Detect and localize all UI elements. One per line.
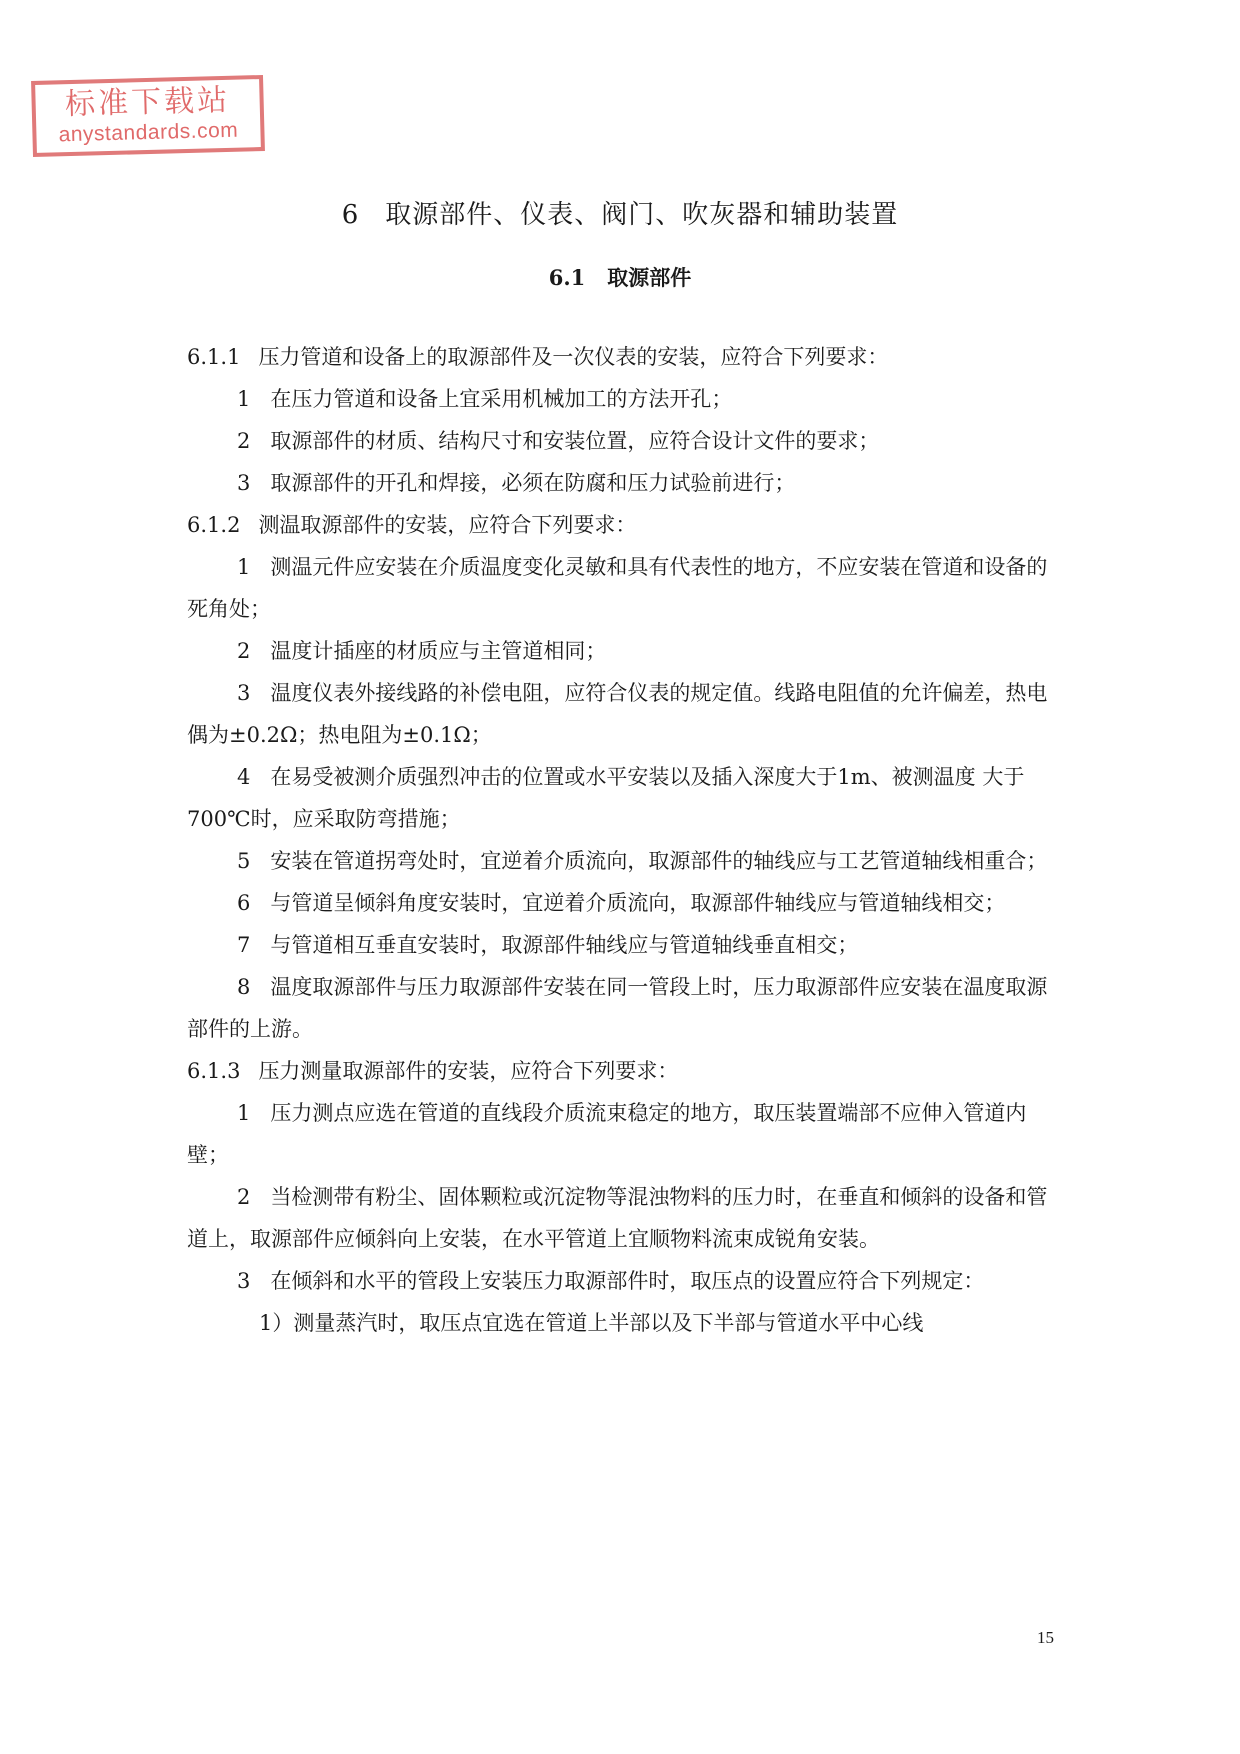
clause-number: 6.1.3 <box>187 1059 240 1083</box>
clause-text: 测温取源部件的安装，应符合下列要求： <box>258 513 636 537</box>
list-item: 2取源部件的材质、结构尺寸和安装位置，应符合设计文件的要求； <box>187 420 1057 462</box>
item-number: 4 <box>237 765 250 789</box>
list-item: 7与管道相互垂直安装时，取源部件轴线应与管道轴线垂直相交； <box>187 924 1057 966</box>
item-text: 取源部件的开孔和焊接，必须在防腐和压力试验前进行； <box>270 471 795 495</box>
section-number: 6.1 <box>549 265 586 290</box>
item-text: 测温元件应安装在介质温度变化灵敏和具有代表性的地方，不应安装在管道和设备的死角处… <box>187 555 1047 621</box>
item-number: 8 <box>237 975 250 999</box>
document-body: 6.1.1压力管道和设备上的取源部件及一次仪表的安装，应符合下列要求： 1在压力… <box>187 336 1057 1344</box>
sub-list-item: 1）测量蒸汽时，取压点宜选在管道上半部以及下半部与管道水平中心线 <box>187 1302 1057 1344</box>
item-number: 1 <box>237 555 250 579</box>
chapter-number: 6 <box>342 200 360 230</box>
list-item: 1在压力管道和设备上宜采用机械加工的方法开孔； <box>187 378 1057 420</box>
list-item: 4在易受被测介质强烈冲击的位置或水平安装以及插入深度大于1m、被测温度 大于 7… <box>187 756 1057 840</box>
item-text: 温度取源部件与压力取源部件安装在同一管段上时，压力取源部件应安装在温度取源部件的… <box>187 975 1047 1041</box>
watermark-url: anystandards.com <box>36 119 260 147</box>
clause-text: 压力管道和设备上的取源部件及一次仪表的安装，应符合下列要求： <box>258 345 888 369</box>
list-item: 1压力测点应选在管道的直线段介质流束稳定的地方，取压装置端部不应伸入管道内壁； <box>187 1092 1057 1176</box>
list-item: 5安装在管道拐弯处时，宜逆着介质流向，取源部件的轴线应与工艺管道轴线相重合； <box>187 840 1057 882</box>
item-number: 1 <box>237 387 250 411</box>
item-text: 安装在管道拐弯处时，宜逆着介质流向，取源部件的轴线应与工艺管道轴线相重合； <box>270 849 1047 873</box>
item-number: 2 <box>237 429 250 453</box>
item-text: 与管道相互垂直安装时，取源部件轴线应与管道轴线垂直相交； <box>270 933 858 957</box>
item-number: 2 <box>237 639 250 663</box>
item-text: 在倾斜和水平的管段上安装压力取源部件时，取压点的设置应符合下列规定： <box>270 1269 984 1293</box>
item-number: 5 <box>237 849 250 873</box>
chapter-title-text: 取源部件、仪表、阀门、吹灰器和辅助装置 <box>385 200 898 230</box>
clause-6-1-1: 6.1.1压力管道和设备上的取源部件及一次仪表的安装，应符合下列要求： <box>187 336 1057 378</box>
list-item: 3温度仪表外接线路的补偿电阻，应符合仪表的规定值。线路电阻值的允许偏差，热电偶为… <box>187 672 1057 756</box>
item-number: 3 <box>237 1269 250 1293</box>
item-number: 3 <box>237 471 250 495</box>
clause-number: 6.1.2 <box>187 513 240 537</box>
list-item: 2当检测带有粉尘、固体颗粒或沉淀物等混浊物料的压力时，在垂直和倾斜的设备和管道上… <box>187 1176 1057 1260</box>
item-text: 温度仪表外接线路的补偿电阻，应符合仪表的规定值。线路电阻值的允许偏差，热电偶为±… <box>187 681 1047 747</box>
item-text: 在压力管道和设备上宜采用机械加工的方法开孔； <box>270 387 732 411</box>
clause-6-1-2: 6.1.2测温取源部件的安装，应符合下列要求： <box>187 504 1057 546</box>
clause-text: 压力测量取源部件的安装，应符合下列要求： <box>258 1059 678 1083</box>
section-title: 6.1取源部件 <box>0 262 1240 292</box>
list-item: 3在倾斜和水平的管段上安装压力取源部件时，取压点的设置应符合下列规定： <box>187 1260 1057 1302</box>
list-item: 3取源部件的开孔和焊接，必须在防腐和压力试验前进行； <box>187 462 1057 504</box>
item-number: 7 <box>237 933 250 957</box>
list-item: 1测温元件应安装在介质温度变化灵敏和具有代表性的地方，不应安装在管道和设备的死角… <box>187 546 1057 630</box>
item-number: 3 <box>237 681 250 705</box>
item-number: 2 <box>237 1185 250 1209</box>
item-text: 与管道呈倾斜角度安装时，宜逆着介质流向，取源部件轴线应与管道轴线相交； <box>270 891 1005 915</box>
list-item: 8温度取源部件与压力取源部件安装在同一管段上时，压力取源部件应安装在温度取源部件… <box>187 966 1057 1050</box>
watermark-stamp: 标准下载站 anystandards.com <box>31 75 265 157</box>
list-item: 6与管道呈倾斜角度安装时，宜逆着介质流向，取源部件轴线应与管道轴线相交； <box>187 882 1057 924</box>
chapter-title: 6取源部件、仪表、阀门、吹灰器和辅助装置 <box>0 194 1240 231</box>
item-text: 压力测点应选在管道的直线段介质流束稳定的地方，取压装置端部不应伸入管道内壁； <box>187 1101 1026 1167</box>
item-number: 6 <box>237 891 250 915</box>
clause-6-1-3: 6.1.3压力测量取源部件的安装，应符合下列要求： <box>187 1050 1057 1092</box>
item-text: 温度计插座的材质应与主管道相同； <box>270 639 606 663</box>
list-item: 2温度计插座的材质应与主管道相同； <box>187 630 1057 672</box>
page-number: 15 <box>1037 1628 1054 1648</box>
item-text: 在易受被测介质强烈冲击的位置或水平安装以及插入深度大于1m、被测温度 大于 70… <box>187 765 1024 831</box>
item-text: 取源部件的材质、结构尺寸和安装位置，应符合设计文件的要求； <box>270 429 879 453</box>
section-title-text: 取源部件 <box>607 265 691 290</box>
clause-number: 6.1.1 <box>187 345 240 369</box>
item-text: 当检测带有粉尘、固体颗粒或沉淀物等混浊物料的压力时，在垂直和倾斜的设备和管道上，… <box>187 1185 1047 1251</box>
item-number: 1 <box>237 1101 250 1125</box>
